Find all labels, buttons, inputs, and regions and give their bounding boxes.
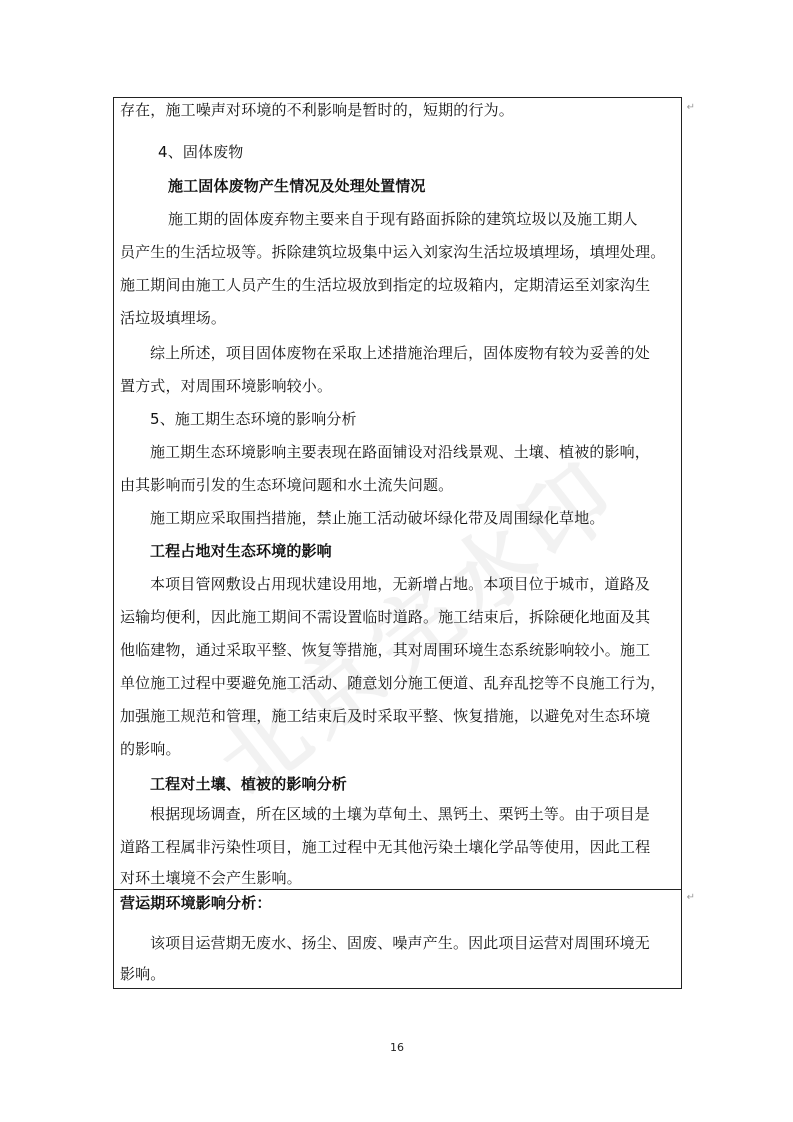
paragraph-line: 活垃圾填埋场。 <box>120 308 677 328</box>
paragraph-line: 施工期间由施工人员产生的生活垃圾放到指定的垃圾箱内，定期清运至刘家沟生 <box>120 275 677 295</box>
paragraph-line: 置方式，对周围环境影响较小。 <box>120 376 677 396</box>
paragraph-line: 影响。 <box>120 964 677 984</box>
operation-impact-cell: ↵ 营运期环境影响分析： 该项目运营期无废水、扬尘、固废、噪声产生。因此项目运营… <box>114 890 681 988</box>
paragraph-line: 单位施工过程中要避免施工活动、随意划分施工便道、乱弃乱挖等不良施工行为， <box>120 673 677 693</box>
operation-heading: 营运期环境影响分析： <box>120 893 677 913</box>
paragraph-line: 施工期的固体废弃物主要来自于现有路面拆除的建筑垃圾以及施工期人 <box>168 209 677 229</box>
paragraph-line: 施工期应采取围挡措施，禁止施工活动破坏绿化带及周围绿化草地。 <box>150 508 677 528</box>
paragraph-line: 运输均便利，因此施工期间不需设置临时道路。施工结束后，拆除硬化地面及其 <box>120 607 677 627</box>
paragraph-line: 员产生的生活垃圾等。拆除建筑垃圾集中运入刘家沟生活垃圾填埋场，填埋处理。 <box>120 242 677 262</box>
paragraph-line: 的影响。 <box>120 739 677 759</box>
paragraph-line: 该项目运营期无废水、扬尘、固废、噪声产生。因此项目运营对周围环境无 <box>150 933 677 953</box>
paragraph-line: 施工期生态环境影响主要表现在路面铺设对沿线景观、土壤、植被的影响， <box>150 442 677 462</box>
assessment-table: ↵ 存在，施工噪声对环境的不利影响是暂时的，短期的行为。4、固体废物施工固体废物… <box>113 97 682 989</box>
paragraph-line: 他临建物，通过采取平整、恢复等措施，其对周围环境生态系统影响较小。施工 <box>120 640 677 660</box>
paragraph-line: 本项目管网敷设占用现状建设用地，无新增占地。本项目位于城市，道路及 <box>150 574 677 594</box>
section-subheading: 施工固体废物产生情况及处理处置情况 <box>168 176 677 196</box>
paragraph-line: 5、施工期生态环境的影响分析 <box>150 409 677 429</box>
paragraph-mark-icon: ↵ <box>687 102 695 113</box>
paragraph-line: 对环土壤境不会产生影响。 <box>120 868 677 888</box>
paragraph-line: 存在，施工噪声对环境的不利影响是暂时的，短期的行为。 <box>120 100 677 120</box>
paragraph-line: 由其影响而引发的生态环境问题和水土流失问题。 <box>120 475 677 495</box>
paragraph-line: 道路工程属非污染性项目，施工过程中无其他污染土壤化学品等使用，因此工程 <box>120 837 677 857</box>
section-subheading: 工程占地对生态环境的影响 <box>150 541 677 561</box>
paragraph-line: 加强施工规范和管理，施工结束后及时采取平整、恢复措施，以避免对生态环境 <box>120 706 677 726</box>
paragraph-line: 4、固体废物 <box>158 142 677 162</box>
paragraph-line: 根据现场调查，所在区域的土壤为草甸土、黑钙土、栗钙土等。由于项目是 <box>150 804 677 824</box>
paragraph-line: 综上所述，项目固体废物在采取上述措施治理后，固体废物有较为妥善的处 <box>150 343 677 363</box>
section-subheading: 工程对土壤、植被的影响分析 <box>150 774 677 794</box>
page-number: 16 <box>390 1041 404 1054</box>
construction-impact-cell: ↵ 存在，施工噪声对环境的不利影响是暂时的，短期的行为。4、固体废物施工固体废物… <box>114 98 681 890</box>
paragraph-mark-icon: ↵ <box>687 892 695 903</box>
